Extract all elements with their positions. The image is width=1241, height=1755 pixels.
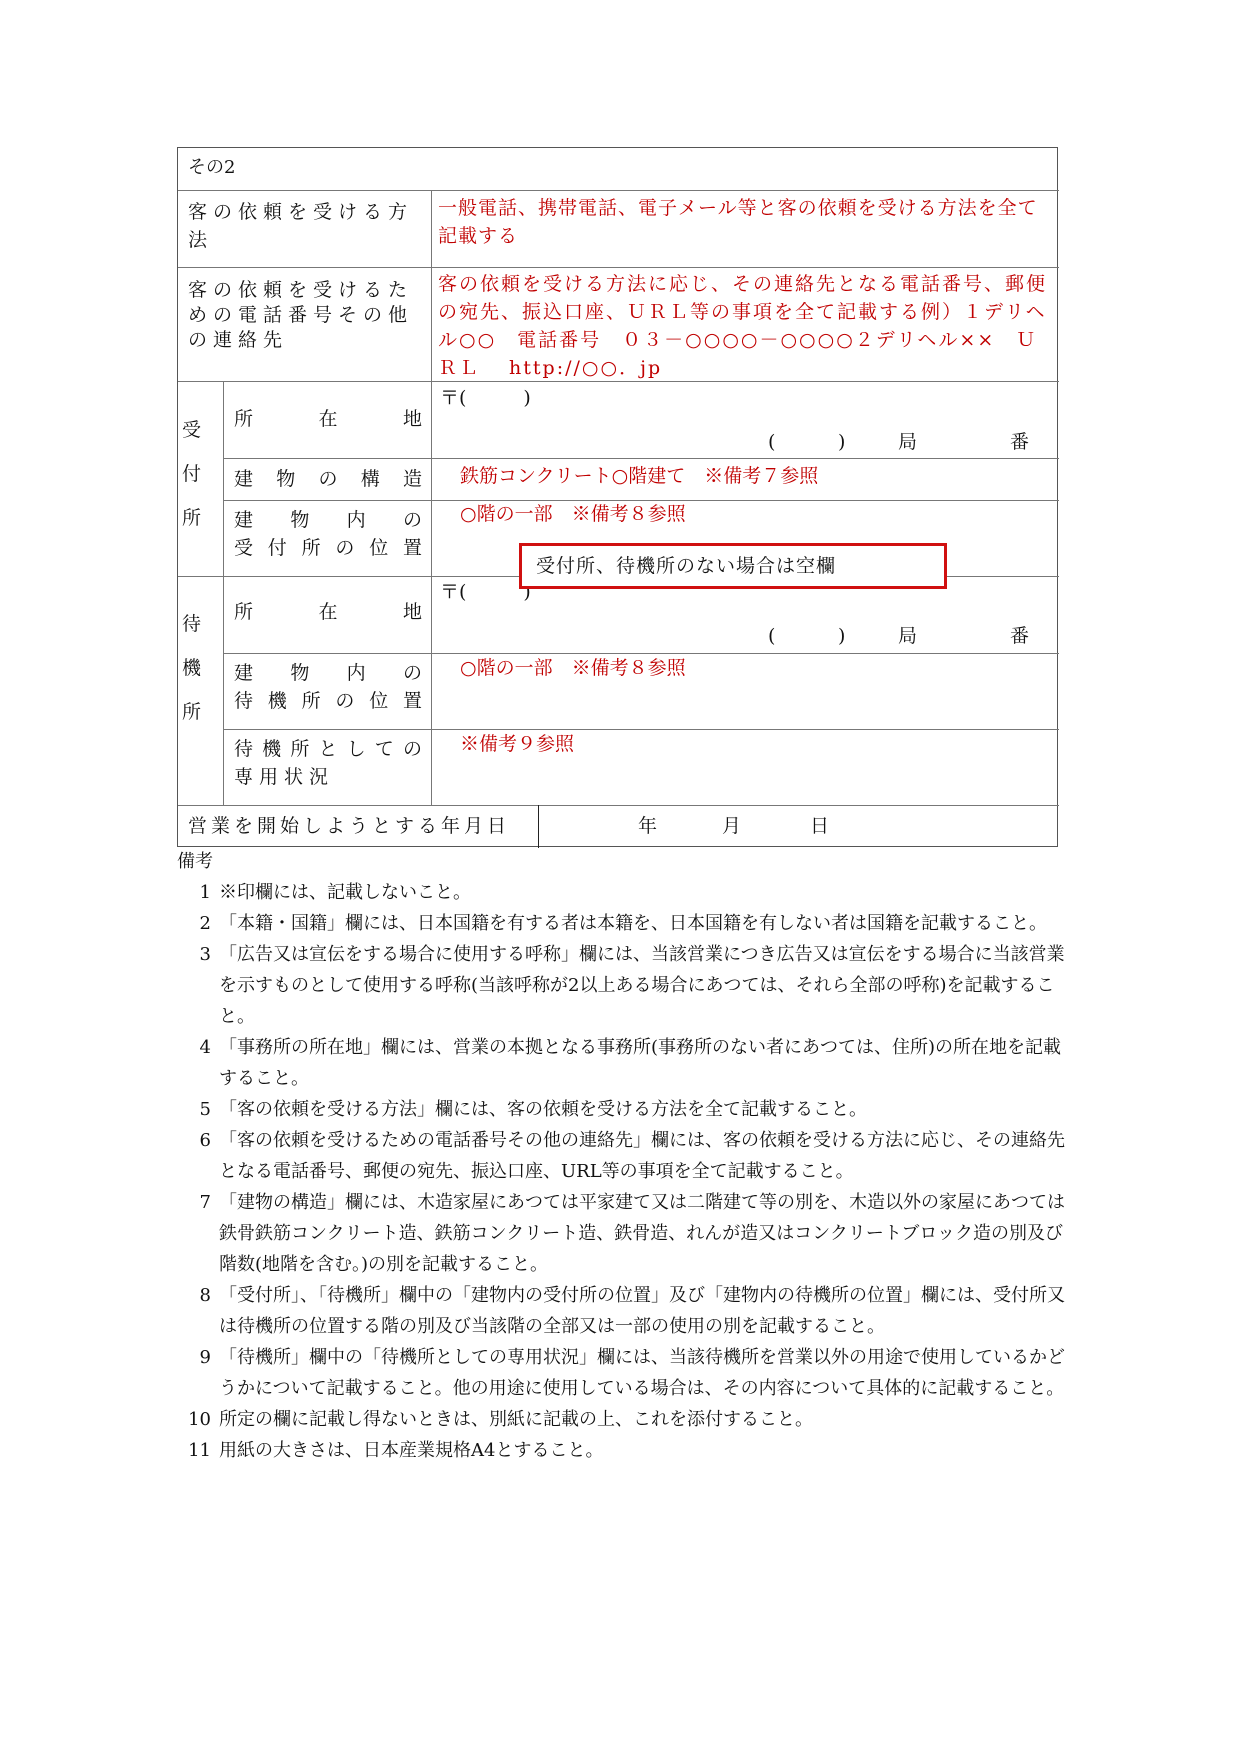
waiting-location-label: 所 在 地 [234,598,422,626]
notes-title: 備考 [177,846,1067,877]
start-date-label: 営業を開始しようとする年月日 [188,812,510,840]
application-form-table: その2 客の依頼を受ける方法 一般電話、携帯電話、電子メール等と客の依頼を受ける… [177,147,1058,847]
note-item: 10所定の欄に記載し得ないときは、別紙に記載の上、これを添付すること。 [177,1404,1067,1435]
reception-structure-field[interactable]: 鉄筋コンクリート○階建て ※備考７参照 [460,462,818,490]
reception-postal-field[interactable]: 〒( ) [440,384,531,412]
contact-info-field[interactable]: 客の依頼を受ける方法に応じ、その連絡先となる電話番号、郵便の宛先、振込口座、ＵＲ… [438,270,1054,382]
reception-group-label: 受 付 所 [182,408,212,540]
reception-position-label: 建 物 内 の 受 付 所 の 位 置 [234,506,422,562]
reception-position-field[interactable]: ○階の一部 ※備考８参照 [460,500,686,528]
note-item: 8「受付所」、「待機所」欄中の「建物内の受付所の位置」及び「建物内の待機所の位置… [177,1280,1067,1342]
note-item: 11用紙の大きさは、日本産業規格A4とすること。 [177,1435,1067,1466]
note-item: 5「客の依頼を受ける方法」欄には、客の依頼を受ける方法を全て記載すること。 [177,1094,1067,1125]
waiting-phone-field[interactable]: ( ) 局 番 [768,622,1038,650]
waiting-exclusive-label: 待 機 所 と し て の 専用状況 [234,735,422,791]
reception-structure-label: 建 物 の 構 造 [234,465,422,493]
note-item: 9「待機所」欄中の「待機所としての専用状況」欄には、当該待機所を営業以外の用途で… [177,1342,1067,1404]
waiting-group-label: 待 機 所 [182,602,212,734]
note-item: 2「本籍・国籍」欄には、日本国籍を有する者は本籍を、日本国籍を有しない者は国籍を… [177,908,1067,939]
note-item: 7「建物の構造」欄には、木造家屋にあつては平家建て又は二階建て等の別を、木造以外… [177,1187,1067,1280]
start-date-field[interactable]: 年 月 日 [638,812,829,840]
waiting-position-field[interactable]: ○階の一部 ※備考８参照 [460,654,686,682]
notes-section: 備考 1※印欄には、記載しないこと。 2「本籍・国籍」欄には、日本国籍を有する者… [177,846,1067,1466]
note-item: 4「事務所の所在地」欄には、営業の本拠となる事務所(事務所のない者にあつては、住… [177,1032,1067,1094]
waiting-exclusive-field[interactable]: ※備考９参照 [460,730,574,758]
note-item: 3「広告又は宣伝をする場合に使用する呼称」欄には、当該営業につき広告又は宣伝をす… [177,939,1067,1032]
waiting-position-label: 建 物 内 の 待 機 所 の 位 置 [234,659,422,715]
waiting-postal-field[interactable]: 〒( ) [440,578,531,606]
reception-phone-field[interactable]: ( ) 局 番 [768,428,1038,456]
contact-info-label: 客の依頼を受けるための電話番号その他の連絡先 [188,278,424,353]
request-method-field[interactable]: 一般電話、携帯電話、電子メール等と客の依頼を受ける方法を全て記載する [438,194,1054,250]
request-method-label: 客の依頼を受ける方法 [188,198,424,254]
note-item: 6「客の依頼を受けるための電話番号その他の連絡先」欄には、客の依頼を受ける方法に… [177,1125,1067,1187]
blank-if-none-notice: 受付所、待機所のない場合は空欄 [519,543,947,589]
reception-location-label: 所 在 地 [234,405,422,433]
section-title: その2 [188,154,235,182]
note-item: 1※印欄には、記載しないこと。 [177,877,1067,908]
